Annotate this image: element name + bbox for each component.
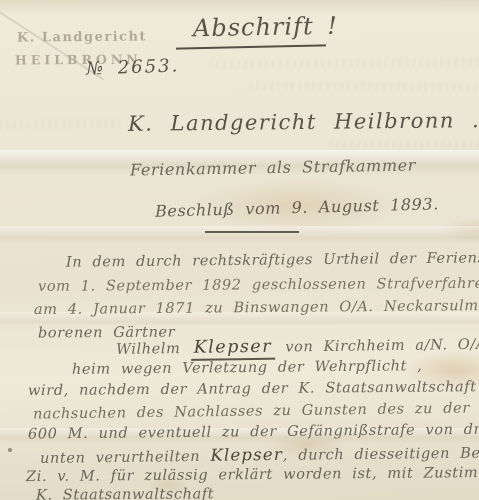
court-name-line: K. Landgericht Heilbronn . <box>128 108 479 136</box>
section-divider <box>205 231 299 233</box>
letterhead-stamp-court: K. Landgericht <box>17 29 147 45</box>
page-title: Abschrift ! <box>193 12 338 43</box>
body-line: vom 1. September 1892 geschlossenen Stra… <box>38 275 479 295</box>
defendant-suffix: von Kirchheim a/N. O/A. Bes <box>275 336 479 356</box>
defendant-prefix: Wilhelm <box>116 341 191 358</box>
body-line: K. Staatsanwaltschaft <box>36 486 214 500</box>
case-number: № 2653. <box>86 55 180 79</box>
defendant-name: Klepser <box>191 337 276 361</box>
sentence-suffix: , durch diesseitigen Beschl <box>283 445 479 464</box>
defendant-name-repeat: Klepser <box>210 445 283 465</box>
sentence-prefix: unten verurtheilten <box>40 449 211 467</box>
ink-speck <box>8 448 12 452</box>
